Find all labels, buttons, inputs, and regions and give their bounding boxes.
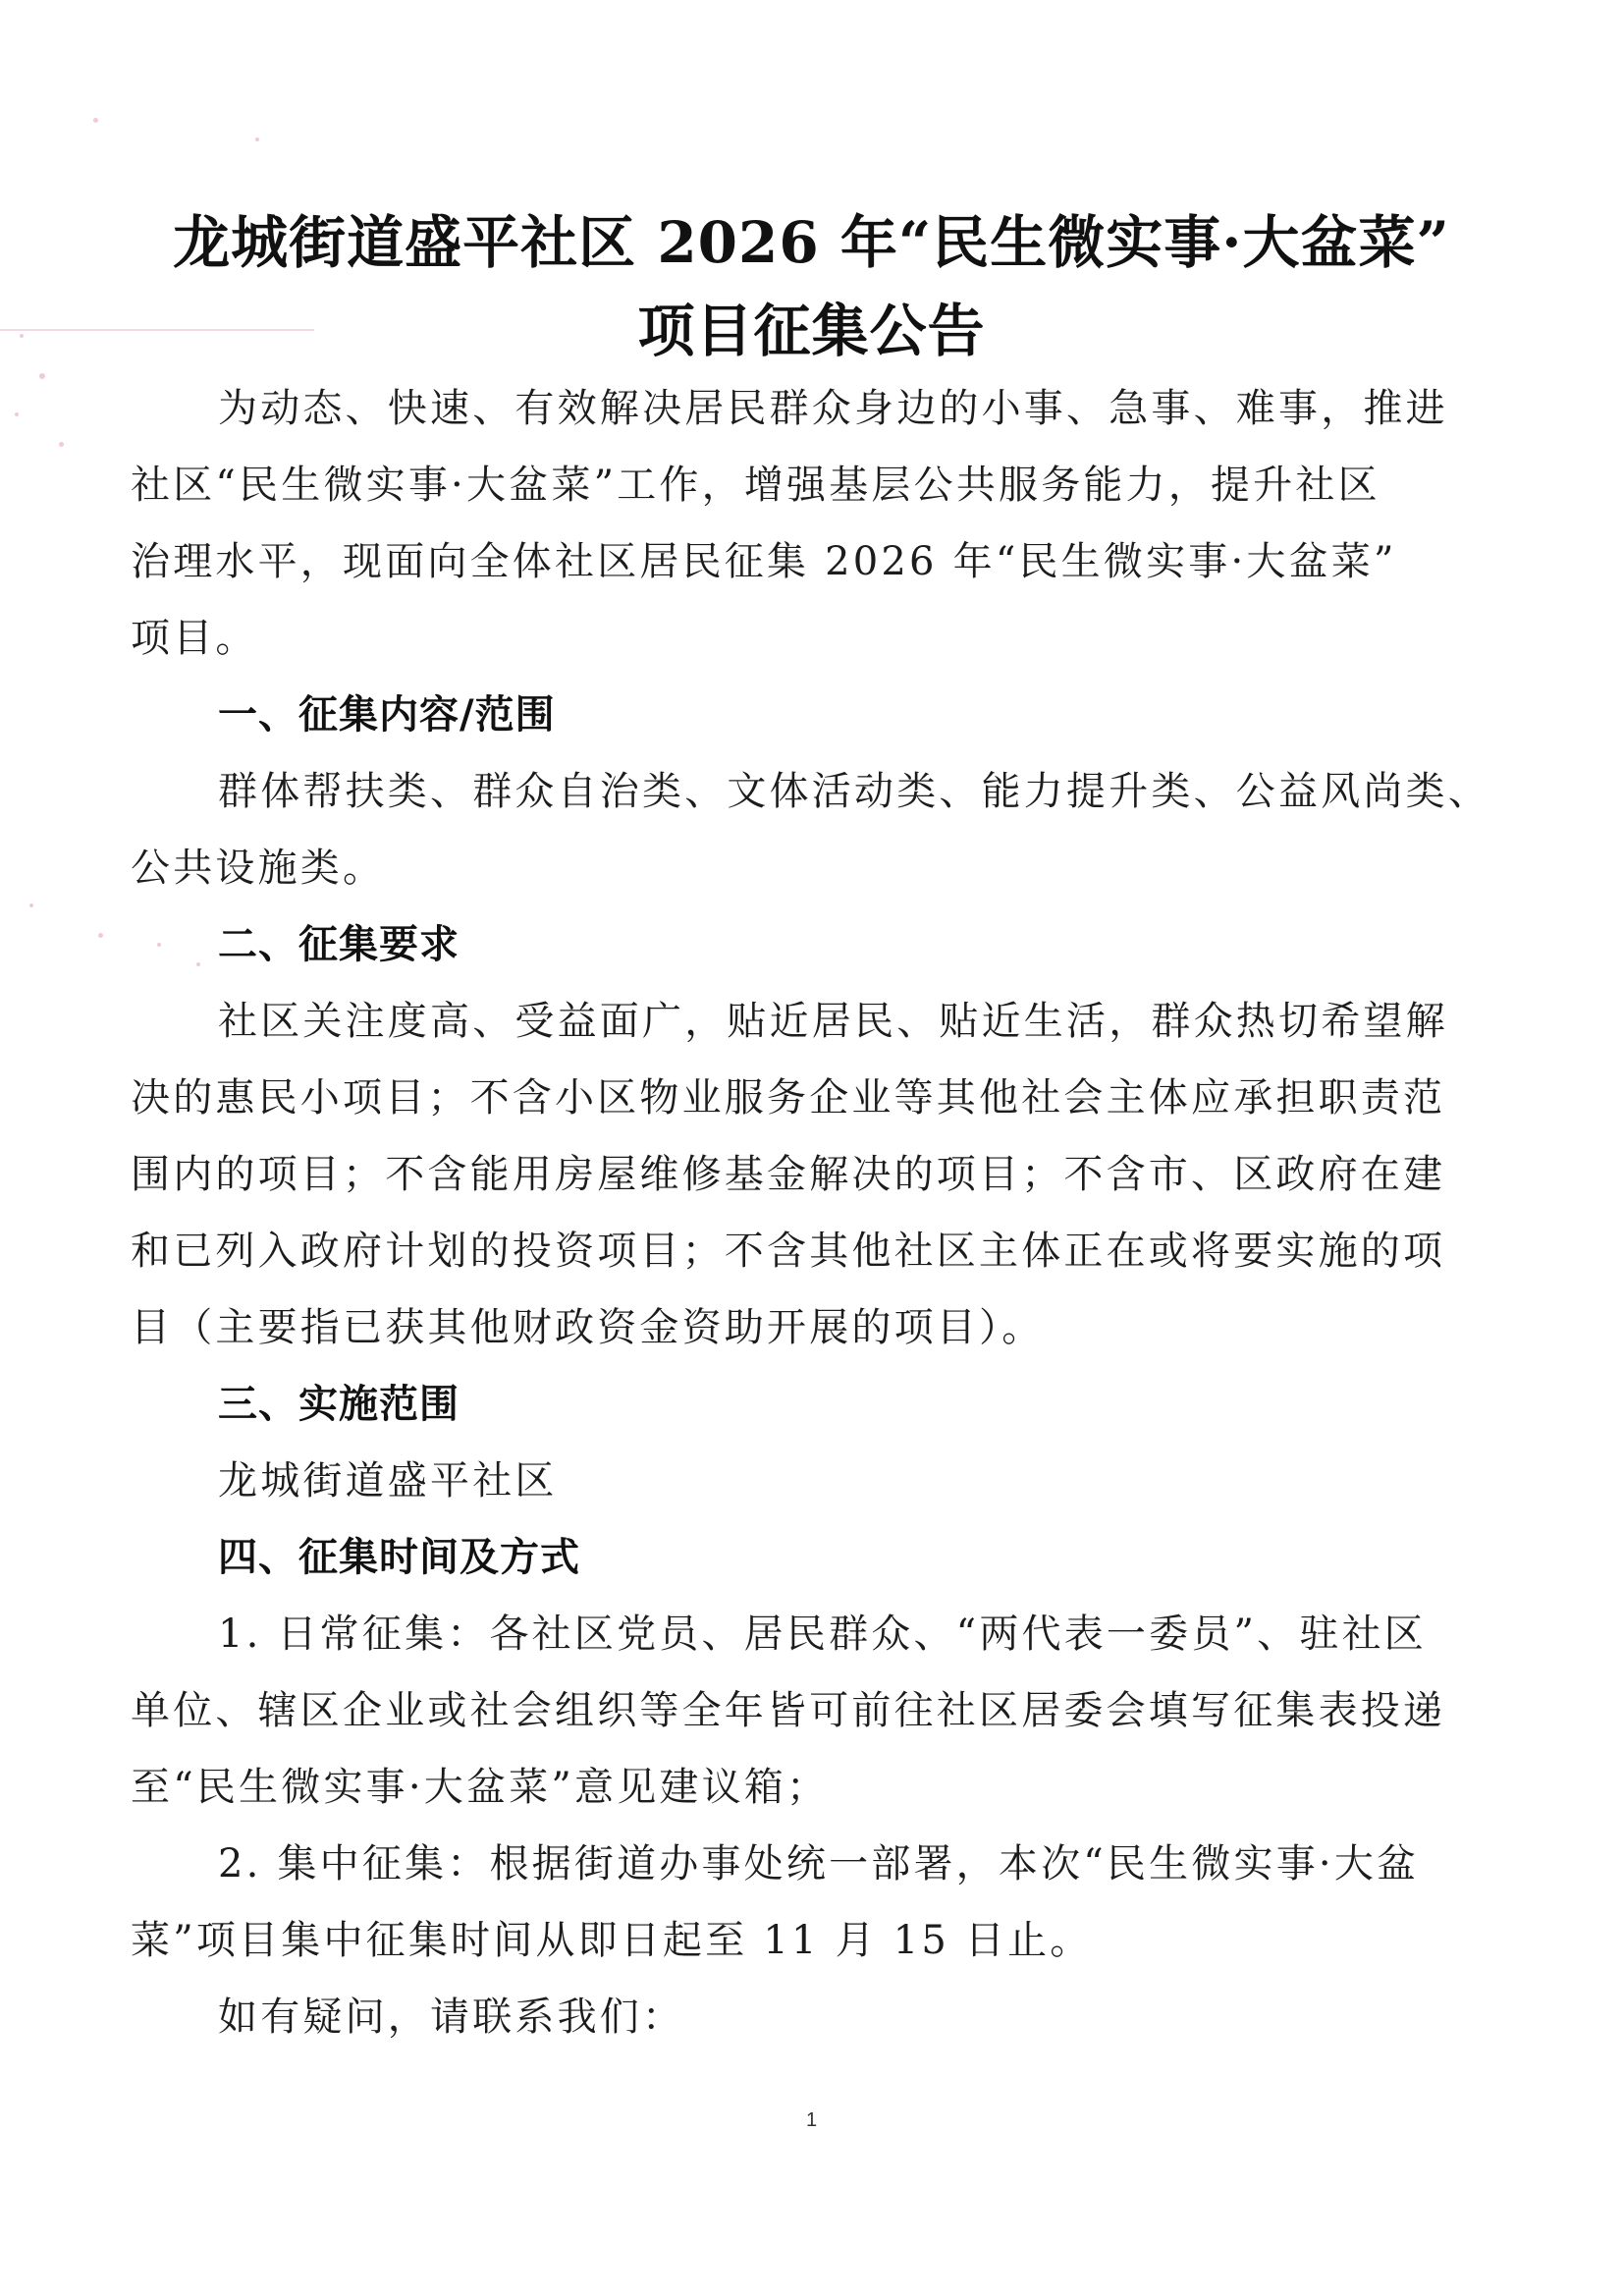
section-heading-time-and-method: 四、征集时间及方式 [218, 1534, 580, 1581]
section-line: 单位、辖区企业或社会组织等全年皆可前往社区居委会填写征集表投递 [131, 1687, 1486, 1734]
stamp-speck [255, 137, 259, 141]
intro-line: 社区“民生微实事·大盆菜”工作，增强基层公共服务能力，提升社区 [131, 462, 1486, 509]
stamp-speck [157, 943, 161, 947]
section-line: 公共设施类。 [131, 845, 1486, 892]
stamp-speck [39, 373, 45, 379]
intro-line: 项目。 [131, 615, 1486, 662]
section-line: 1. 日常征集：各社区党员、居民群众、“两代表一委员”、驻社区 [218, 1611, 1573, 1658]
stamp-speck [93, 118, 98, 123]
section-line: 菜”项目集中征集时间从即日起至 11 月 15 日止。 [131, 1917, 1486, 1964]
page-number: 1 [0, 2109, 1623, 2132]
contact-line: 如有疑问，请联系我们： [218, 1994, 1573, 2041]
stamp-speck [29, 903, 33, 907]
section-line: 目（主要指已获其他财政资金资助开展的项目）。 [131, 1304, 1486, 1351]
section-line: 龙城街道盛平社区 [218, 1457, 1573, 1504]
stamp-speck [59, 442, 64, 447]
document-page: 龙城街道盛平社区 2026 年“民生微实事·大盆菜” 项目征集公告 为动态、快速… [0, 0, 1623, 2296]
intro-line: 为动态、快速、有效解决居民群众身边的小事、急事、难事，推进 [218, 385, 1573, 432]
stamp-speck [98, 933, 103, 938]
section-line: 2. 集中征集：根据街道办事处统一部署，本次“民生微实事·大盆 [218, 1840, 1573, 1887]
section-heading-implementation-scope: 三、实施范围 [218, 1381, 460, 1428]
section-heading-requirements: 二、征集要求 [218, 921, 460, 968]
section-line: 和已列入政府计划的投资项目；不含其他社区主体正在或将要实施的项 [131, 1228, 1486, 1275]
section-line: 社区关注度高、受益面广，贴近居民、贴近生活，群众热切希望解 [218, 998, 1573, 1045]
stamp-speck [196, 962, 200, 966]
stamp-speck [15, 412, 19, 416]
section-line: 至“民生微实事·大盆菜”意见建议箱； [131, 1764, 1486, 1811]
document-title-line2: 项目征集公告 [0, 285, 1623, 367]
section-line: 围内的项目；不含能用房屋维修基金解决的项目；不含市、区政府在建 [131, 1151, 1486, 1198]
section-line: 决的惠民小项目；不含小区物业服务企业等其他社会主体应承担职责范 [131, 1074, 1486, 1121]
document-title-line1: 龙城街道盛平社区 2026 年“民生微实事·大盆菜” [0, 196, 1623, 279]
section-line: 群体帮扶类、群众自治类、文体活动类、能力提升类、公益风尚类、 [218, 768, 1573, 815]
section-heading-content-scope: 一、征集内容/范围 [218, 691, 556, 738]
intro-line: 治理水平，现面向全体社区居民征集 2026 年“民生微实事·大盆菜” [131, 538, 1486, 585]
